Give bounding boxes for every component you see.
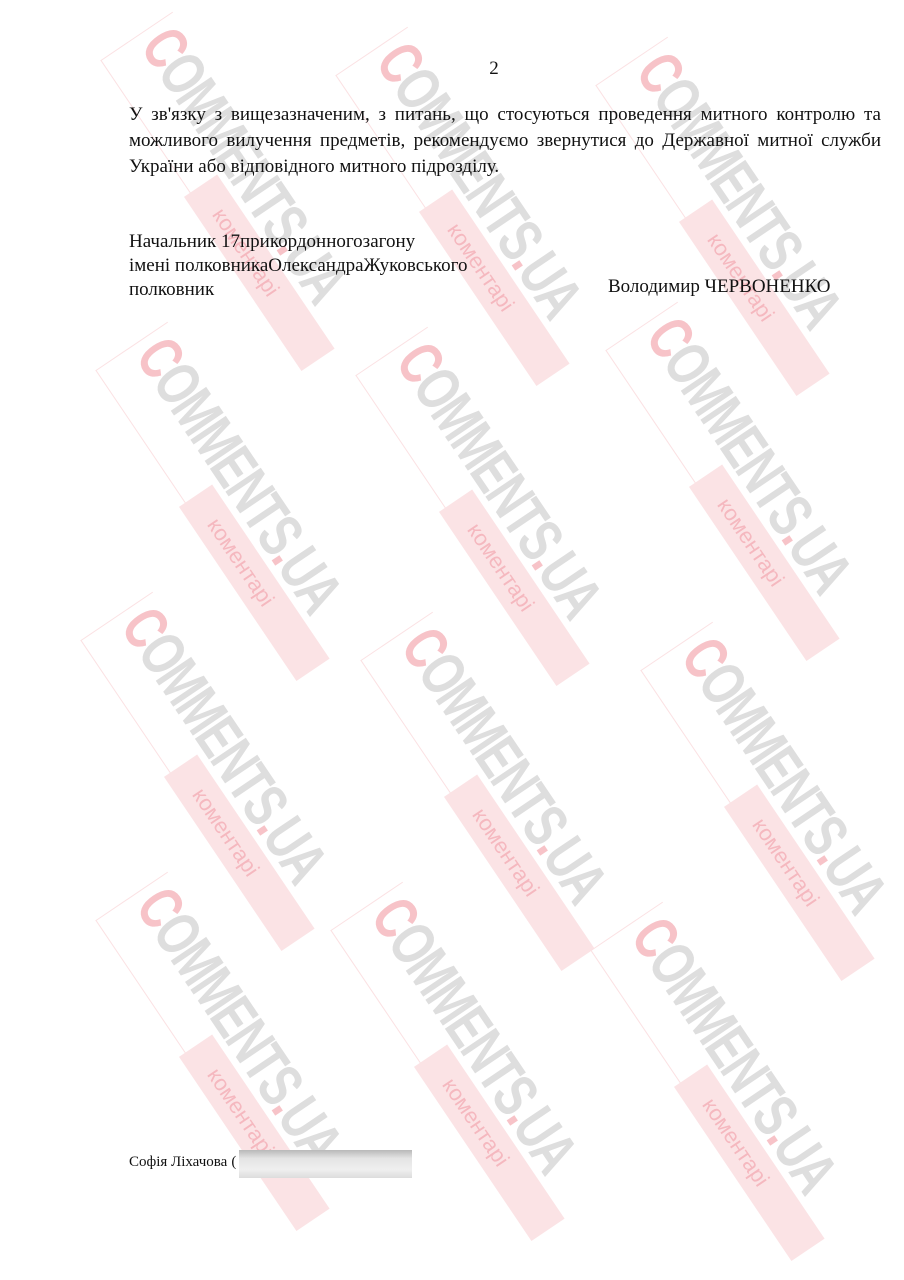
redacted-contact — [239, 1150, 412, 1178]
signature-position: Начальник 17прикордонногозагону імені по… — [129, 230, 467, 302]
body-paragraph: У зв'язку з вищезазначеним, з питань, що… — [129, 102, 881, 180]
signatory-name: Володимир ЧЕРВОНЕНКО — [608, 276, 831, 298]
signature-position-line: імені полковникаОлександраЖуковського — [129, 254, 467, 278]
page-number: 2 — [0, 58, 904, 80]
signature-position-line: полковник — [129, 278, 467, 302]
executor-line: Софія Ліхачова ( — [129, 1148, 412, 1176]
signature-position-line: Начальник 17прикордонногозагону — [129, 230, 467, 254]
executor-name: Софія Ліхачова — [129, 1154, 227, 1171]
executor-paren: ( — [231, 1154, 236, 1171]
